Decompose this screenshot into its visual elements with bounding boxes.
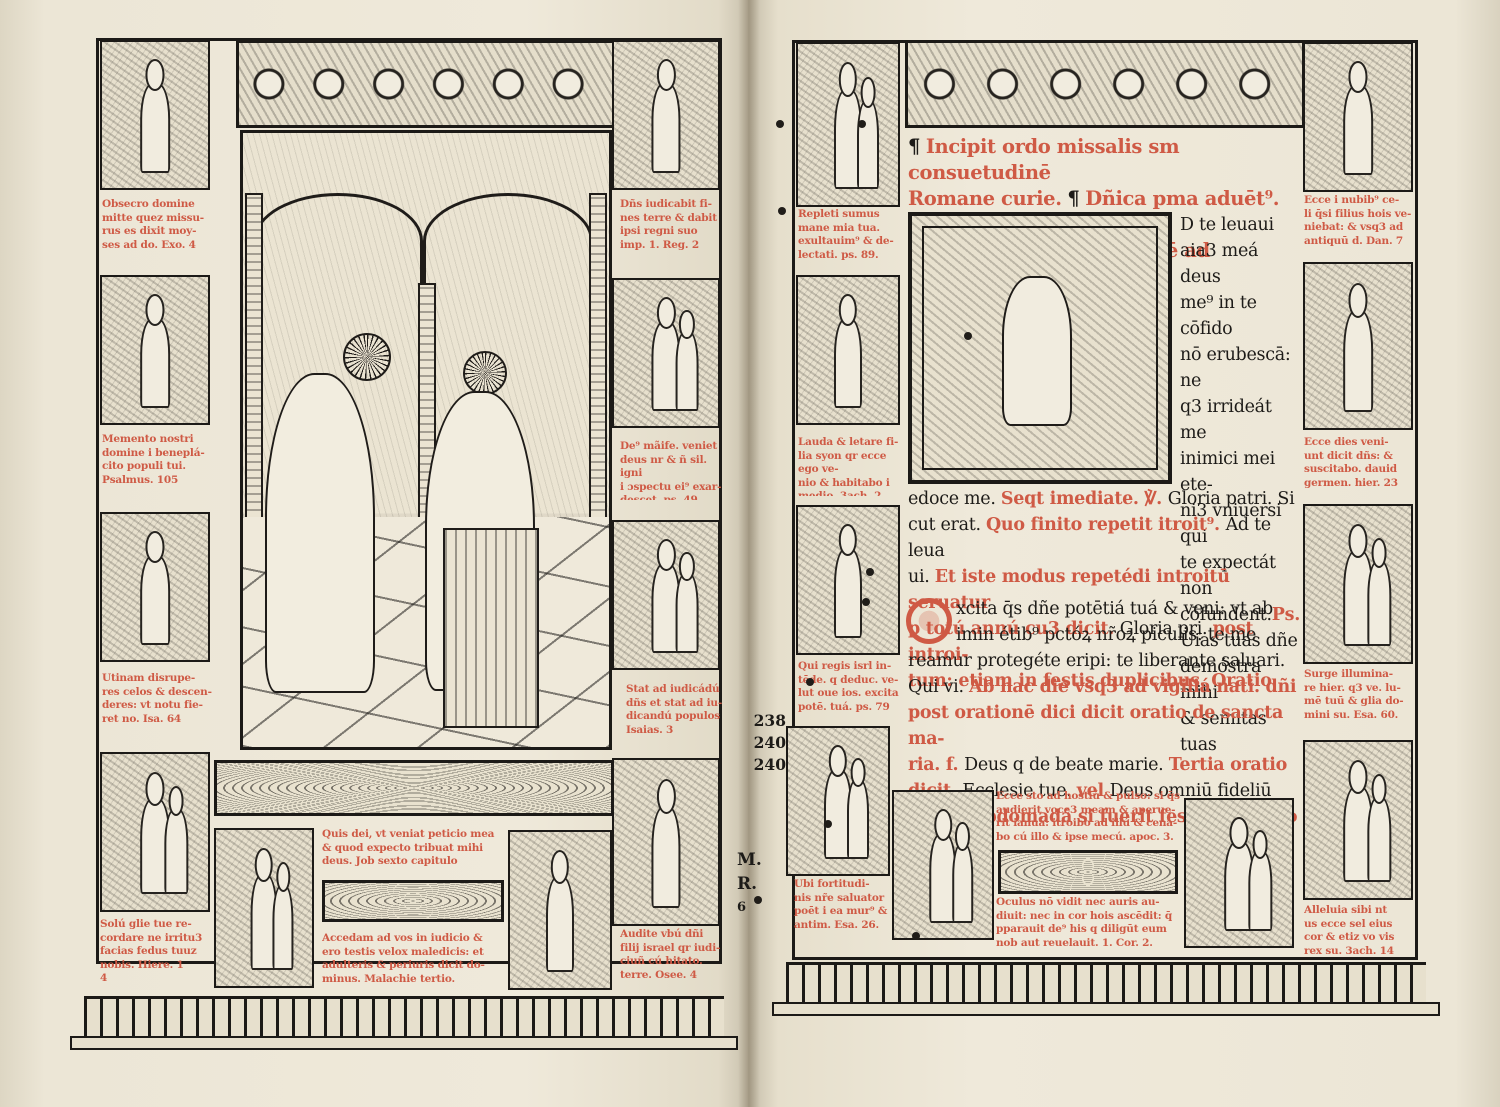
text-line: aia3 meá deus <box>1180 238 1300 290</box>
signature-mark: M. R. 6 <box>737 848 762 920</box>
woodcut-prophet-standing <box>100 512 210 662</box>
caption-right-2: De⁹ mãife. veniet deus nr & ñ sil. igni … <box>620 440 724 500</box>
side-caption-left-1: Repleti sumus mane mia tua. exultauim⁹ &… <box>798 208 902 268</box>
worm-hole <box>776 120 784 128</box>
signature-line: M. <box>737 848 762 872</box>
caption-right-3: Stat ad iudicádú dñs et stat ad iu- dica… <box>626 683 726 743</box>
angel-gabriel-figure <box>265 373 375 693</box>
woodcut-prophet-seated <box>1303 262 1413 430</box>
side-caption-right-4: Alleluia sibi nt us ecce sel eius cor & … <box>1304 904 1412 966</box>
small-foliage-woodcut <box>322 880 504 922</box>
woodcut-three-figures <box>100 752 210 912</box>
worm-hole <box>778 207 786 215</box>
caption-left-2: Memento nostri domine i beneplá- cito po… <box>102 433 214 493</box>
woodcut-prophet-with-scroll <box>612 758 720 926</box>
caption-left-1: Obsecro domine mitte quez missu- rus es … <box>102 198 214 258</box>
side-caption-right-2: Ecce dies veni- unt dicit dñs: & suscita… <box>1304 436 1412 496</box>
woodcut-moses-kneeling <box>100 40 210 190</box>
text-line: edoce me. Seqt imediate. ℣. Gloria patri… <box>908 486 1300 512</box>
caption-bottom-1: Quis dei, vt veniat peticio mea & quod e… <box>322 828 512 878</box>
arch-right <box>423 193 593 313</box>
small-floral-woodcut <box>998 850 1178 894</box>
side-caption-left-4: Ubi fortitudi- nis nr̃e saluator poēt i … <box>794 878 898 940</box>
worm-hole <box>866 568 874 576</box>
text-line: reamur protegéte eripi: te liberante sal… <box>908 648 1300 674</box>
worm-hole <box>806 678 814 686</box>
woodcut-standing-figure <box>508 830 612 990</box>
black-text: Deus q de beate marie. <box>964 755 1169 775</box>
text-line: D te leuaui <box>1180 212 1300 238</box>
caption-left-3: Utinam disrupe- res celos & descen- dere… <box>102 672 214 732</box>
kneeling-king-figure <box>1002 276 1072 426</box>
text-line: imin étib⁹ pctóꝝ nr̃oꝝ piculis: te me <box>908 622 1300 648</box>
lectern <box>443 528 539 728</box>
black-text: Qui vi. <box>908 677 969 697</box>
woodcut-prophets-pair <box>612 278 720 428</box>
text-line: q3 irrideát me <box>1180 394 1300 446</box>
black-text: edoce me. <box>908 489 1001 509</box>
text-line: post orationē dici dicit oratio de sanct… <box>908 700 1300 752</box>
woodcut-kings-adoration <box>214 828 314 988</box>
arch-left <box>253 193 423 313</box>
rubric-text: Quo finito repetit itroit⁹. <box>986 515 1226 535</box>
bottom-caption-center-top: Ecce sto ad hostiú & pulso: si q̄s audie… <box>996 790 1182 850</box>
angel-halo <box>343 333 391 381</box>
rubric-text: Ab hac die vsq3 ad vigiliá nati. dñi <box>969 677 1296 697</box>
rubric-text: Tertia oratio <box>1169 755 1287 775</box>
side-caption-left-3: Qui regis isrl in- tēde. q deduc. ve- lu… <box>798 660 902 720</box>
woodcut-king-enthroned <box>612 40 720 190</box>
worm-hole <box>824 820 832 828</box>
black-text: imin étib⁹ pctóꝝ nr̃oꝝ piculis: te me <box>956 625 1256 645</box>
architectural-base-right <box>786 962 1426 1006</box>
caption-left-4: Solú glie tue re- cordare ne irritu3 fac… <box>100 918 212 994</box>
text-line: ria. f. Deus q de beate marie. Tertia or… <box>908 752 1300 778</box>
woodcut-prophet-banner <box>796 505 900 655</box>
book-spread: Obsecro domine mitte quez missu- rus es … <box>0 0 1500 1107</box>
text-line: cut erat. Quo finito repetit itroit⁹. Ad… <box>908 512 1300 564</box>
woodcut-city-scene <box>796 275 900 425</box>
caption-right-1: Dñs iudicabit fi- nes terre & dabit ipsi… <box>620 198 724 258</box>
woodcut-figures-at-table <box>892 790 994 940</box>
historiated-initial-A-woodcut <box>908 212 1172 484</box>
black-text: cut erat. <box>908 515 986 535</box>
woodcut-trinity <box>1303 42 1413 192</box>
pilcrow-mark: ¶ <box>1067 187 1079 210</box>
annunciation-woodcut <box>240 130 612 750</box>
margin-page-references: 238 240 240 <box>748 710 786 776</box>
woodcut-prophets-scrolls <box>1303 740 1413 900</box>
black-text: reamur protegéte eripi: te liberante sal… <box>908 651 1285 671</box>
caption-bottom-2: Accedam ad vos in iudicio & ero testis v… <box>322 932 512 996</box>
worm-hole <box>964 332 972 340</box>
rubric-text: Seqt imediate. ℣. <box>1001 489 1168 509</box>
side-caption-left-2: Lauda & letare fi- lia syon qr ecce ego … <box>798 436 902 496</box>
putti-frieze-woodcut-left <box>236 40 616 128</box>
woodcut-group-figures <box>612 520 720 670</box>
putti-frieze-woodcut-right <box>905 40 1305 128</box>
side-caption-right-3: Surge illumina- re hier. q3 ve. lu- mē t… <box>1304 668 1412 728</box>
margin-number: 238 <box>748 710 786 732</box>
signature-line: R. <box>737 872 762 896</box>
caption-right-4: Audite vbú dñi filij israel qr iudi- ciu… <box>620 928 724 988</box>
foliage-border-woodcut <box>214 760 614 816</box>
woodcut-figures-conversing <box>786 726 890 876</box>
text-line: Qui vi. Ab hac die vsq3 ad vigiliá nati.… <box>908 674 1300 700</box>
rubric-text: post orationē dici dicit oratio de sanct… <box>908 703 1283 749</box>
black-text: Gloria patri. Si <box>1168 489 1295 509</box>
bottom-caption-center-bottom: Oculus nō vidit nec auris au- diuit: nec… <box>996 896 1182 960</box>
architectural-base-left <box>84 996 724 1040</box>
text-line: xcita q̄s dñe potētiá tuá & veni: vt ab <box>908 596 1300 622</box>
worm-hole <box>862 598 870 606</box>
heading-line-2: Romane curie. <box>908 187 1062 210</box>
virgin-halo <box>463 351 507 395</box>
margin-number: 240 <box>748 754 786 776</box>
margin-number: 240 <box>748 732 786 754</box>
text-line: nō erubescā: ne <box>1180 342 1300 394</box>
woodcut-scholars-reading <box>1184 798 1294 948</box>
text-line: me⁹ in te cōfido <box>1180 290 1300 342</box>
worm-hole <box>912 932 920 940</box>
worm-hole <box>754 896 762 904</box>
woodcut-dove-and-figures <box>796 42 900 207</box>
pilcrow-mark: ¶ <box>908 135 920 158</box>
woodcut-three-prophets <box>1303 504 1413 664</box>
heading-line-1: Incipit ordo missalis sm consuetudinē <box>908 135 1179 184</box>
black-text: ui. <box>908 567 935 587</box>
rubric-text: ria. f. <box>908 755 964 775</box>
woodcut-prophet-scroll <box>100 275 210 425</box>
worm-hole <box>858 120 866 128</box>
book-gutter <box>738 0 760 1107</box>
side-caption-right-1: Ecce i nubib⁹ ce- li q̄si filius hois ve… <box>1304 194 1412 254</box>
black-text: xcita q̄s dñe potētiá tuá & veni: vt ab <box>956 599 1273 619</box>
